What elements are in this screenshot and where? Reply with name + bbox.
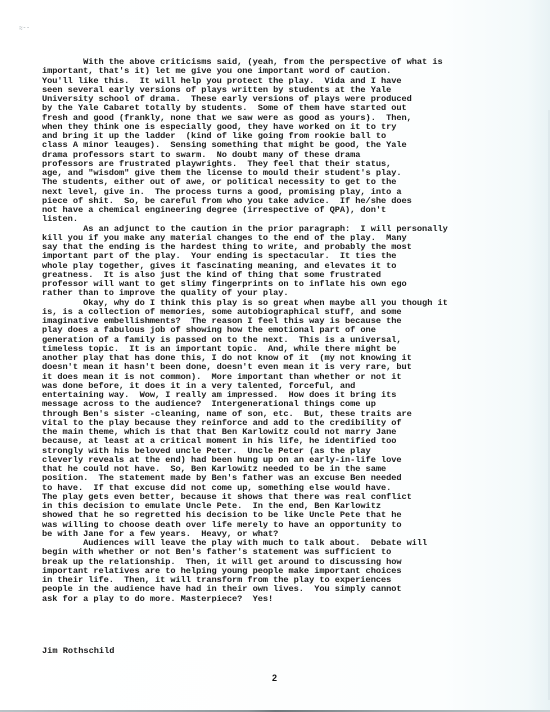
text-line: not have a chemical engineering degree (… (42, 206, 522, 215)
paragraph-caution: With the above criticisms said, (yeah, f… (42, 58, 522, 225)
signature: Jim Rothschild (42, 646, 114, 656)
text-line: ask for a play to do more. Masterpiece? … (42, 595, 522, 604)
page-number: 2 (272, 673, 277, 683)
letter-body: With the above criticisms said, (yeah, f… (42, 58, 522, 604)
scanned-page: ~-- ~ With the above criticisms said, (y… (0, 0, 550, 712)
paragraph-why-great: Okay, why do I think this play is so gre… (42, 299, 522, 540)
paragraph-audiences: Audiences will leave the play with much … (42, 539, 522, 604)
paragraph-ending: As an adjunct to the caution in the prio… (42, 225, 522, 299)
scan-mark: ~-- ~ (19, 27, 33, 29)
